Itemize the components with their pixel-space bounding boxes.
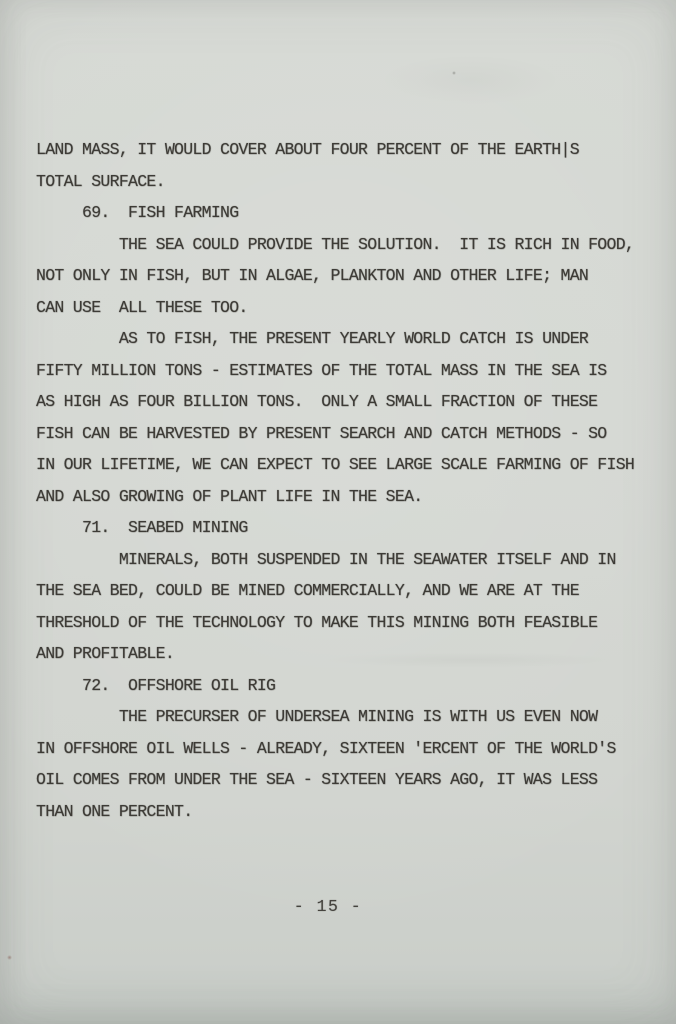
text-line: AS TO FISH, THE PRESENT YEARLY WORLD CAT…: [36, 323, 634, 355]
text-line: AS HIGH AS FOUR BILLION TONS. ONLY A SMA…: [36, 386, 634, 418]
text-line: THE SEA BED, COULD BE MINED COMMERCIALLY…: [36, 575, 634, 607]
paper-speck: [7, 955, 12, 960]
text-line: NOT ONLY IN FISH, BUT IN ALGAE, PLANKTON…: [36, 260, 634, 292]
text-line: CAN USE ALL THESE TOO.: [36, 292, 634, 324]
text-line: THE SEA COULD PROVIDE THE SOLUTION. IT I…: [36, 229, 634, 261]
text-line: IN OFFSHORE OIL WELLS - ALREADY, SIXTEEN…: [36, 733, 634, 765]
text-line: TOTAL SURFACE.: [36, 166, 634, 198]
text-line: THE PRECURSER OF UNDERSEA MINING IS WITH…: [36, 701, 634, 733]
text-line: IN OUR LIFETIME, WE CAN EXPECT TO SEE LA…: [36, 449, 634, 481]
text-line: OIL COMES FROM UNDER THE SEA - SIXTEEN Y…: [36, 764, 634, 796]
text-line: FISH CAN BE HARVESTED BY PRESENT SEARCH …: [36, 418, 634, 450]
text-line: MINERALS, BOTH SUSPENDED IN THE SEAWATER…: [36, 544, 634, 576]
text-line: 69. FISH FARMING: [36, 197, 634, 229]
paper-stain: [380, 55, 560, 105]
text-line: 72. OFFSHORE OIL RIG: [36, 670, 634, 702]
text-line: AND ALSO GROWING OF PLANT LIFE IN THE SE…: [36, 481, 634, 513]
text-line: 71. SEABED MINING: [36, 512, 634, 544]
scanned-page: LAND MASS, IT WOULD COVER ABOUT FOUR PER…: [0, 0, 676, 1024]
text-line: FIFTY MILLION TONS - ESTIMATES OF THE TO…: [36, 355, 634, 387]
text-line: AND PROFITABLE.: [36, 638, 634, 670]
typewritten-text: LAND MASS, IT WOULD COVER ABOUT FOUR PER…: [36, 134, 634, 827]
text-line: LAND MASS, IT WOULD COVER ABOUT FOUR PER…: [36, 134, 634, 166]
text-line: THAN ONE PERCENT.: [36, 796, 634, 828]
page-number: - 15 -: [0, 891, 666, 923]
paper-speck: [452, 71, 456, 75]
text-line: THRESHOLD OF THE TECHNOLOGY TO MAKE THIS…: [36, 607, 634, 639]
